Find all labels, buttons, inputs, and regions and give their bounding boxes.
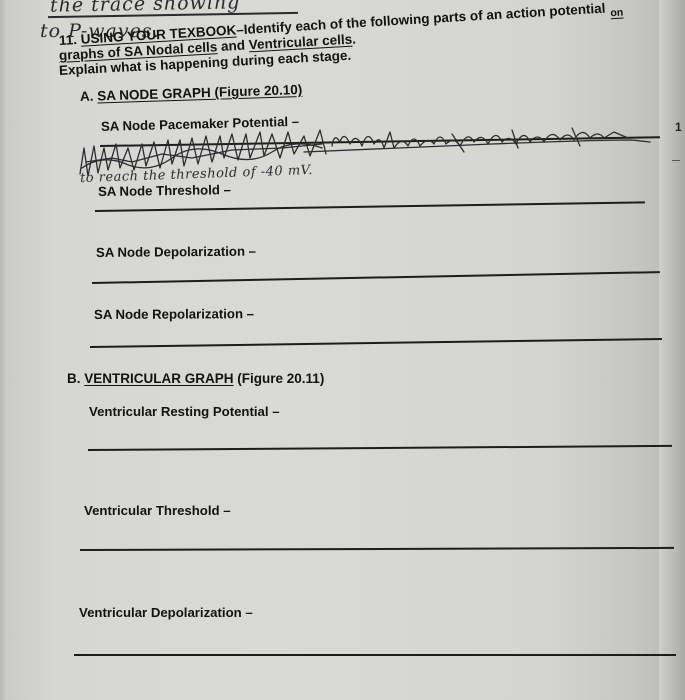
label-sa-repolarization: SA Node Repolarization – xyxy=(94,306,254,322)
page-shadow-left xyxy=(0,0,8,700)
question-and: and xyxy=(217,37,249,54)
section-a-heading: A. SA NODE GRAPH (Figure 20.10) xyxy=(80,82,303,104)
page-binding-shadow xyxy=(659,0,685,700)
answer-line-sa-threshold[interactable] xyxy=(95,201,645,211)
section-a-letter: A. xyxy=(80,89,94,104)
answer-line-ventricular-resting[interactable] xyxy=(88,445,672,451)
answer-line-sa-repolarization[interactable] xyxy=(90,338,662,348)
label-ventricular-depolarization: Ventricular Depolarization – xyxy=(79,605,253,620)
answer-line-sa-depolarization[interactable] xyxy=(92,271,660,283)
label-sa-depolarization: SA Node Depolarization – xyxy=(96,244,256,260)
label-ventricular-resting-potential: Ventricular Resting Potential – xyxy=(89,404,280,419)
margin-tick-mark xyxy=(672,160,680,161)
section-b-letter: B. xyxy=(67,371,81,386)
section-a-title: SA NODE GRAPH (Figure 20.10) xyxy=(97,82,302,103)
worksheet-page: the trace showing to P-waves. 11. USING … xyxy=(0,0,685,700)
question-on-word: on xyxy=(610,6,624,19)
label-ventricular-threshold: Ventricular Threshold – xyxy=(84,503,231,518)
question-period: . xyxy=(352,31,357,46)
answer-line-ventricular-depolarization[interactable] xyxy=(74,654,676,656)
section-b-title: VENTRICULAR GRAPH xyxy=(84,371,233,386)
answer-line-ventricular-threshold[interactable] xyxy=(80,547,674,551)
section-b-figure: (Figure 20.11) xyxy=(234,371,325,386)
margin-number: 1 xyxy=(675,120,682,134)
section-b-heading: B. VENTRICULAR GRAPH (Figure 20.11) xyxy=(67,371,324,386)
question-instruction: –Identify each of the following parts of… xyxy=(236,1,606,38)
question-number: 11. xyxy=(59,32,78,48)
label-sa-threshold: SA Node Threshold – xyxy=(98,182,231,199)
